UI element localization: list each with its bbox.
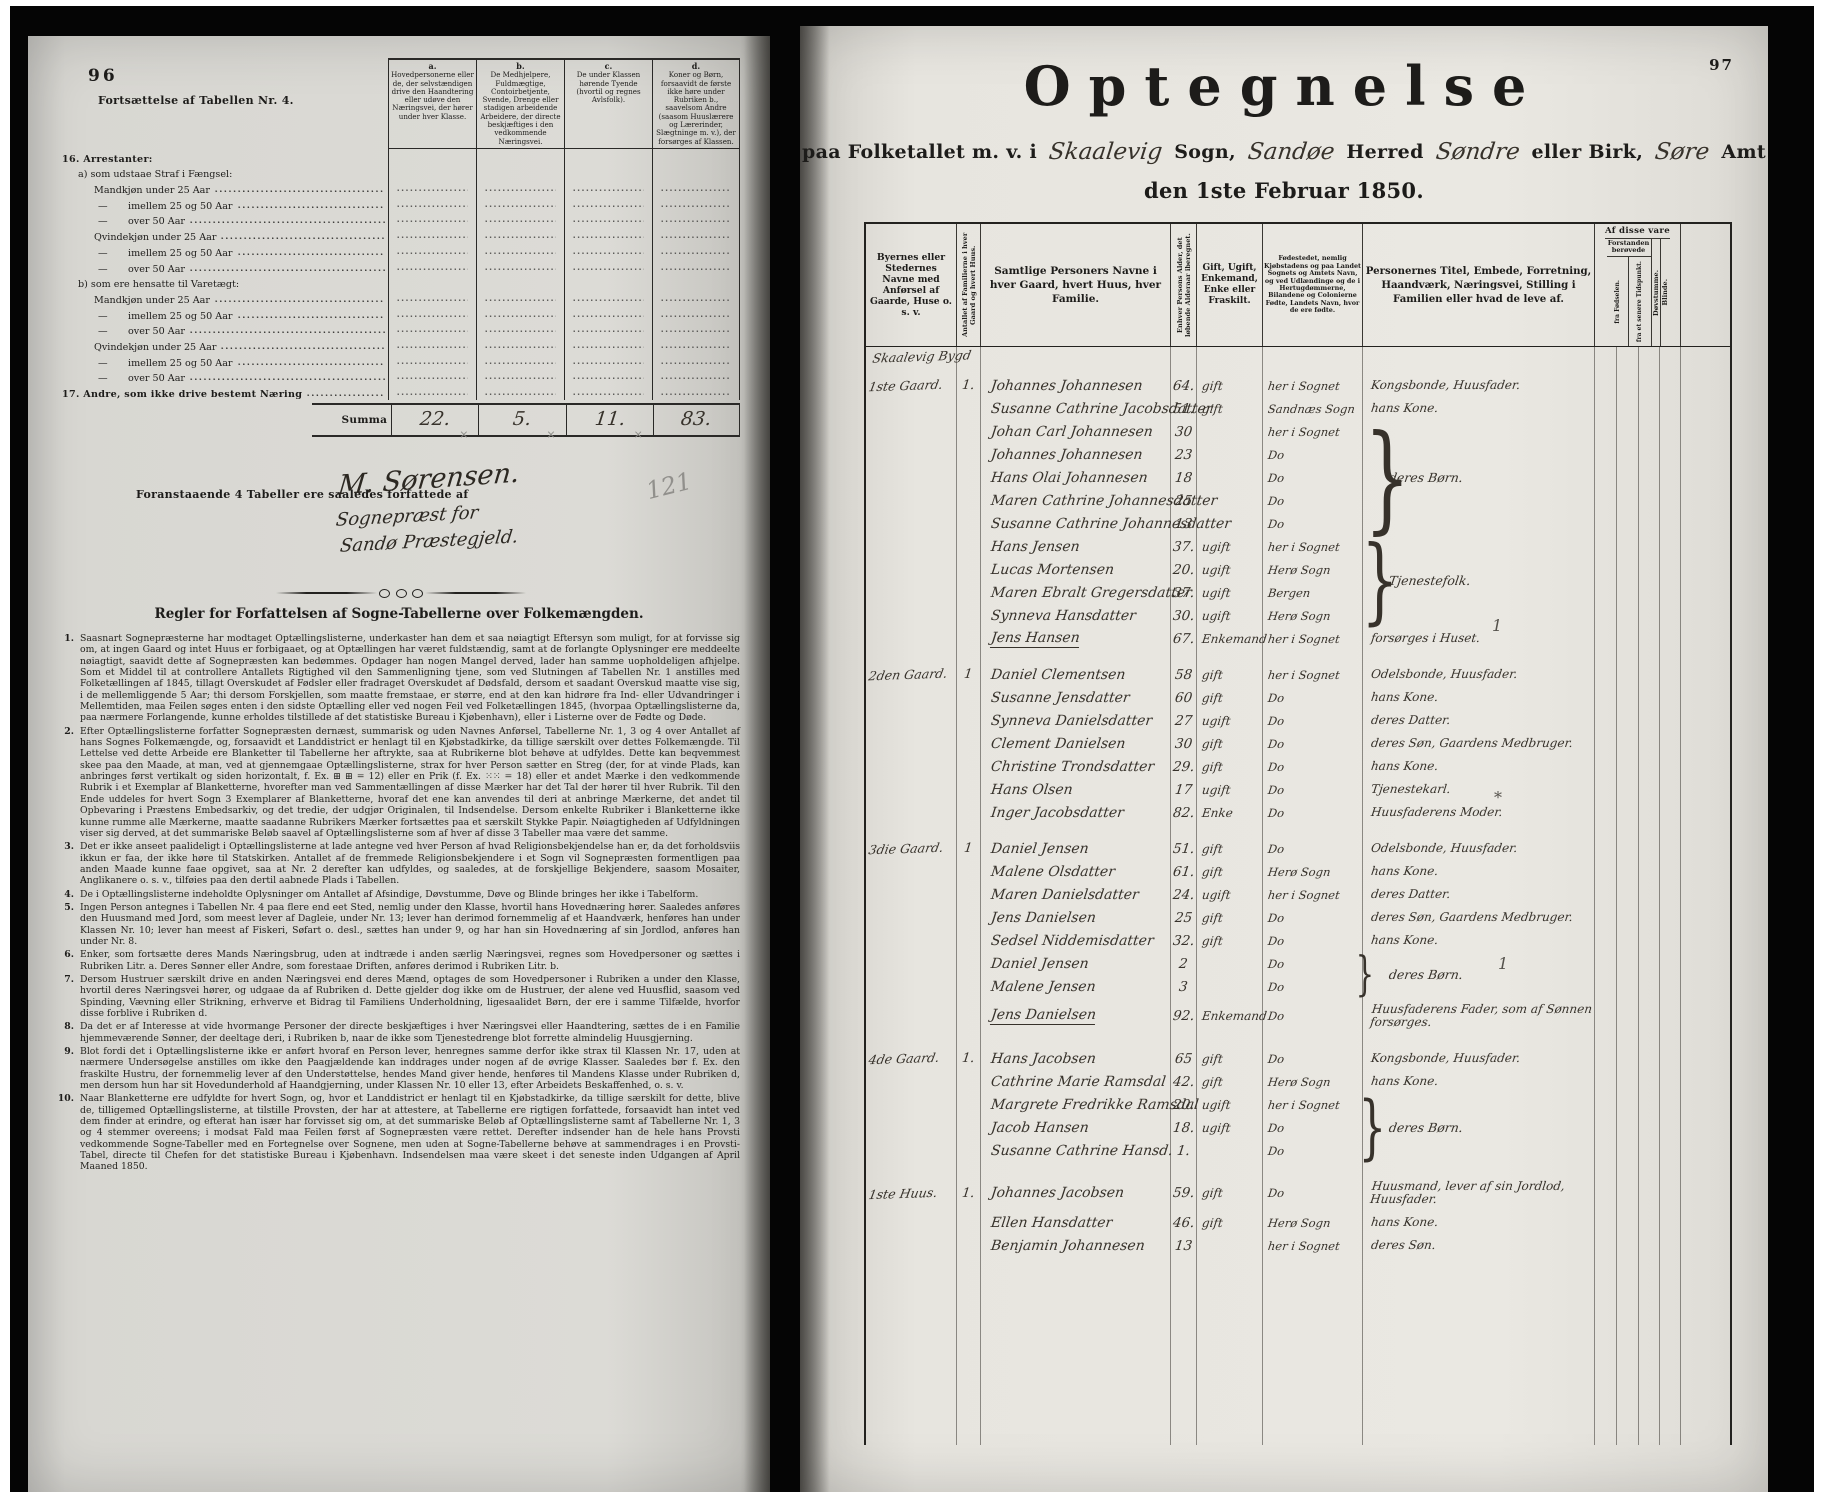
status-cell: gift [1196, 397, 1262, 420]
census-row: Hans Olsen17ugiftDoTjenestekarl. [864, 778, 1732, 801]
mark-cell [1594, 1116, 1616, 1139]
occupation-cell: deres Søn. [1362, 1234, 1594, 1257]
header-deaf-mute: Døvstumme. [1652, 239, 1660, 346]
mark-cell [1616, 1070, 1638, 1093]
birthplace: her i Sognet [1267, 668, 1340, 682]
age-cell: 13 [1170, 512, 1196, 535]
form-cell [388, 290, 476, 306]
mark-cell [1616, 1270, 1638, 1445]
person-age: 37. [1172, 539, 1195, 555]
place-cell [864, 466, 956, 489]
birthplace: Do [1267, 471, 1285, 485]
birthplace-cell [1262, 650, 1362, 663]
birthplace: Do [1267, 737, 1285, 751]
dash: — [98, 248, 128, 259]
form-cell [564, 322, 652, 338]
occupation-cell [1362, 558, 1594, 581]
place-cell: 1ste Huus. [864, 1175, 956, 1211]
signature-title-line1: Sognepræst for [335, 502, 480, 531]
rule-item: 2.Efter Optællingslisterne forfatter Sog… [56, 726, 740, 839]
mark-cell [1616, 663, 1638, 686]
column-header-text: Koner og Børn, forsaavidt de første ikke… [655, 71, 737, 146]
form-row: —imellem 25 og 50 Aar [98, 196, 740, 212]
mark-cell [1594, 443, 1616, 466]
census-row: Maren Ebralt Gregersdatter37.ugiftBergen [864, 581, 1732, 604]
name-cell [980, 1270, 1170, 1445]
pencil-check-mark: × [459, 428, 468, 441]
mark-cell [1659, 1034, 1680, 1047]
status-cell: ugift [1196, 1093, 1262, 1116]
name-cell: Hans Jacobsen [980, 1047, 1170, 1070]
form-row-cells [388, 243, 740, 259]
age-cell: 92. [1170, 998, 1196, 1034]
person-name: Maren Danielsdatter [990, 887, 1140, 903]
occupation-cell: deres Søn, Gaardens Medbruger. [1362, 732, 1594, 755]
column-header-text: De under Klassen hørende Tyende (hvortil… [567, 71, 650, 104]
birthplace: Do [1267, 980, 1285, 994]
form-cell [476, 275, 564, 291]
census-row: Sedsel Niddemisdatter32.giftDohans Kone. [864, 929, 1732, 952]
end-cell [1680, 489, 1732, 512]
end-cell [1680, 512, 1732, 535]
marital-status: ugift [1201, 888, 1231, 902]
age-cell: 30 [1170, 732, 1196, 755]
dotted-leader [221, 237, 385, 240]
subtitle-printed: Sogn, [1174, 141, 1236, 163]
mark-cell [1616, 489, 1638, 512]
end-cell [1680, 824, 1732, 837]
mark-cell [1659, 420, 1680, 443]
mark-cell [1594, 650, 1616, 663]
family-count: 1 [963, 667, 973, 682]
mark-cell [1594, 347, 1616, 374]
occupation-cell: }Tjenestefolk. [1362, 535, 1594, 558]
form-cell [652, 290, 740, 306]
rule-number: 9. [56, 1046, 74, 1091]
mark-cell [1659, 801, 1680, 824]
person-name: Johannes Jacobsen [990, 1185, 1125, 1201]
birthplace: Herø Sogn [1267, 563, 1331, 577]
birthplace: her i Sognet [1267, 1098, 1340, 1112]
status-cell: gift [1196, 906, 1262, 929]
page-97: 97 Optegnelse paa Folketallet m. v. i Sk… [800, 26, 1768, 1492]
form-row: —over 50 Aar [98, 259, 740, 275]
census-table-body: Skaalevig Bygd1ste Gaard.1.Johannes Joha… [864, 347, 1732, 1445]
place-cell: 1ste Gaard. [864, 374, 956, 397]
person-age: 24. [1172, 887, 1195, 903]
status-cell [1196, 824, 1262, 837]
dotted-leader [307, 394, 385, 397]
birthplace-cell: Bergen [1262, 581, 1362, 604]
place-cell [864, 581, 956, 604]
occupation-cell [1362, 650, 1594, 663]
family-count-cell [956, 627, 980, 650]
birthplace: her i Sognet [1267, 379, 1340, 393]
mark-cell [1638, 824, 1659, 837]
marital-status: gift [1201, 737, 1224, 751]
pencil-margin-mark: * [1494, 788, 1502, 807]
form-cell [476, 196, 564, 212]
birthplace: her i Sognet [1267, 1239, 1340, 1253]
form-row-label: 16. Arrestanter: [62, 154, 153, 165]
name-cell: Susanne Jensdatter [980, 686, 1170, 709]
mark-cell [1659, 663, 1680, 686]
mark-cell [1638, 755, 1659, 778]
end-cell [1680, 929, 1732, 952]
form-row-label: a) som udstaae Straf i Fængsel: [78, 169, 232, 180]
mark-cell [1616, 1234, 1638, 1257]
header-age: Enhver Persons Alder, det løbende Aldera… [1170, 224, 1196, 346]
form-cell [652, 384, 740, 400]
name-cell: Hans Olai Johannesen [980, 466, 1170, 489]
mark-cell [1594, 1257, 1616, 1270]
end-cell [1680, 420, 1732, 443]
form-cell [388, 384, 476, 400]
mark-cell [1659, 1234, 1680, 1257]
occupation-cell [1362, 443, 1594, 466]
marital-status: gift [1201, 865, 1224, 879]
header-status: Gift, Ugift, Enkemand, Enke eller Fraski… [1196, 224, 1262, 346]
mark-cell [1638, 512, 1659, 535]
rule-text: Da det er af Interesse at vide hvormange… [80, 1021, 740, 1044]
mark-cell [1616, 1175, 1638, 1211]
header-insane-label: Forstanden berøvede [1607, 239, 1651, 257]
header-from-later: fra et senere Tidspunkt. [1628, 257, 1651, 346]
end-cell [1680, 535, 1732, 558]
dotted-leader [238, 363, 385, 366]
birthplace: Do [1267, 448, 1285, 462]
form-cell [564, 337, 652, 353]
family-count: 1. [961, 1051, 975, 1066]
family-count-cell [956, 975, 980, 998]
form-cell [564, 369, 652, 385]
mark-cell [1638, 604, 1659, 627]
family-count-cell [956, 1270, 980, 1445]
person-age: 51. [1172, 841, 1195, 857]
birthplace-cell: Do [1262, 512, 1362, 535]
form-row: 16. Arrestanter: [62, 149, 740, 165]
farm-label: 1ste Huus. [867, 1184, 938, 1201]
form-row-label: Mandkjøn under 25 Aar [94, 185, 210, 196]
birthplace-cell: Do [1262, 755, 1362, 778]
end-cell [1680, 1070, 1732, 1093]
marital-status: gift [1201, 1216, 1224, 1230]
mark-cell [1659, 975, 1680, 998]
end-cell [1680, 732, 1732, 755]
age-cell: 46. [1170, 1211, 1196, 1234]
marital-status: ugift [1201, 1098, 1231, 1112]
ornament-loops [379, 589, 423, 598]
age-cell: 18. [1170, 1116, 1196, 1139]
family-count-cell [956, 998, 980, 1034]
occupation-text: hans Kone. [1370, 402, 1439, 415]
section-label-cell: Skaalevig Bygd [864, 347, 956, 374]
form-cell [652, 227, 740, 243]
occupation-cell: Kongsbonde, Huusfader. [1362, 1047, 1594, 1070]
end-cell [1680, 906, 1732, 929]
form-cell [652, 322, 740, 338]
birthplace-cell: her i Sognet [1262, 1234, 1362, 1257]
marital-status: ugift [1201, 1121, 1231, 1135]
summa-cell-c: 11.× [566, 405, 653, 435]
marital-status: ugift [1201, 563, 1231, 577]
age-cell: 67. [1170, 627, 1196, 650]
family-count-cell [956, 929, 980, 952]
header-of-these-were: Af disse vare [1605, 224, 1670, 239]
mark-cell [1659, 755, 1680, 778]
occupation-cell: hans Kone. [1362, 755, 1594, 778]
form-cell [476, 212, 564, 228]
place-cell: 3die Gaard. [864, 837, 956, 860]
age-cell [1170, 824, 1196, 837]
occupation-cell [1362, 824, 1594, 837]
occupation-cell: hans Kone. [1362, 860, 1594, 883]
mark-cell [1594, 1034, 1616, 1047]
end-cell [1680, 837, 1732, 860]
mark-cell [1638, 627, 1659, 650]
person-age: 20. [1172, 562, 1195, 578]
marital-status: gift [1201, 668, 1224, 682]
form-cell [476, 180, 564, 196]
marital-status: gift [1201, 1186, 1224, 1200]
occupation-cell: Kongsbonde, Huusfader. [1362, 374, 1594, 397]
occupation-cell [1362, 1139, 1594, 1162]
person-age: 65 [1174, 1051, 1193, 1067]
name-cell: Ellen Hansdatter [980, 1211, 1170, 1234]
mark-cell [1638, 347, 1659, 374]
census-row: Hans Jensen37.ugifther i Sognet}Tjeneste… [864, 535, 1732, 558]
person-name: Malene Jensen [990, 979, 1097, 995]
mark-cell [1638, 558, 1659, 581]
age-cell: 13 [1170, 1234, 1196, 1257]
birthplace: Do [1267, 1121, 1285, 1135]
person-age: 46. [1172, 1215, 1195, 1231]
mark-cell [1659, 347, 1680, 374]
birthplace: Do [1267, 494, 1285, 508]
occupation-text: Huusfaderens Fader, som af Sønnen forsør… [1369, 1003, 1595, 1029]
mark-cell [1659, 1175, 1680, 1211]
form-cell [476, 227, 564, 243]
age-cell: 20. [1170, 1093, 1196, 1116]
family-count: 1. [961, 378, 975, 393]
farm-label: 4de Gaard. [867, 1050, 940, 1067]
birthplace: Do [1267, 806, 1285, 820]
birthplace-cell: Do [1262, 906, 1362, 929]
rule-text: Dersom Hustruer særskilt drive en anden … [80, 974, 740, 1019]
form-row-cells [388, 384, 740, 400]
mark-cell [1594, 1162, 1616, 1175]
column-letter: a. [391, 62, 474, 70]
handwritten-district: Sandøe [1246, 139, 1336, 165]
occupation-cell [1362, 1257, 1594, 1270]
person-name: Cathrine Marie Ramsdal [990, 1074, 1167, 1090]
mark-cell [1594, 627, 1616, 650]
age-cell [1170, 650, 1196, 663]
mark-cell [1616, 535, 1638, 558]
status-cell [1196, 466, 1262, 489]
statistics-table-rows: 16. Arrestanter:a) som udstaae Straf i F… [62, 149, 740, 400]
form-cell [476, 322, 564, 338]
dotted-leader [190, 221, 385, 224]
status-cell [1196, 489, 1262, 512]
census-row: Christine Trondsdatter29.giftDohans Kone… [864, 755, 1732, 778]
name-cell [980, 824, 1170, 837]
dash: — [98, 311, 128, 322]
mark-cell [1594, 397, 1616, 420]
age-cell: 64. [1170, 374, 1196, 397]
birthplace: Do [1267, 1144, 1285, 1158]
handwritten-parish: Skaalevig [1047, 139, 1163, 165]
form-row-cells [388, 259, 740, 275]
place-cell [864, 883, 956, 906]
mark-cell [1616, 1116, 1638, 1139]
person-name: Malene Olsdatter [990, 864, 1116, 880]
age-cell: 3 [1170, 975, 1196, 998]
end-cell [1680, 1257, 1732, 1270]
ornament-divider [276, 588, 526, 598]
mark-cell [1616, 883, 1638, 906]
form-cell [476, 306, 564, 322]
person-name: Hans Jensen [990, 539, 1081, 555]
person-age: 64. [1172, 378, 1195, 394]
occupation-cell: deres Datter. [1362, 883, 1594, 906]
name-cell: Daniel Jensen [980, 837, 1170, 860]
age-cell: 17 [1170, 778, 1196, 801]
census-row: Johan Carl Johannesen30her i Sognet}dere… [864, 420, 1732, 443]
form-cell [564, 259, 652, 275]
header-disabilities-columns: Forstanden berøvede fra Fødselen. fra et… [1607, 239, 1669, 346]
end-cell [1680, 1139, 1732, 1162]
form-row: b) som ere hensatte til Varetægt: [78, 275, 740, 291]
form-cell [652, 180, 740, 196]
form-cell [652, 369, 740, 385]
place-cell [864, 801, 956, 824]
mark-cell [1638, 1070, 1659, 1093]
status-cell [1196, 512, 1262, 535]
age-cell: 27 [1170, 709, 1196, 732]
birthplace: Herø Sogn [1267, 609, 1331, 623]
census-row: Jens Danielsen25giftDoderes Søn, Gaarden… [864, 906, 1732, 929]
person-age: 51. [1172, 401, 1195, 417]
status-cell: ugift [1196, 1116, 1262, 1139]
header-occupation: Personernes Titel, Embede, Forretning, H… [1362, 224, 1594, 346]
end-cell [1680, 1116, 1732, 1139]
family-count: 1. [961, 1186, 975, 1201]
birthplace: Do [1267, 911, 1285, 925]
rules-list: 1.Saasnart Sognepræsterne har modtaget O… [56, 633, 740, 1175]
name-cell: Maren Cathrine Johannesdatter [980, 489, 1170, 512]
age-cell: 58 [1170, 663, 1196, 686]
marital-status: gift [1201, 402, 1224, 416]
form-cell [652, 259, 740, 275]
birthplace-cell: Sandnæs Sogn [1262, 397, 1362, 420]
form-row: —imellem 25 og 50 Aar [98, 243, 740, 259]
person-name: Ellen Hansdatter [990, 1215, 1113, 1231]
birthplace-cell: Do [1262, 443, 1362, 466]
mark-cell [1594, 420, 1616, 443]
name-cell: Susanne Cathrine Jacobsdatter [980, 397, 1170, 420]
name-cell [980, 650, 1170, 663]
form-row: Qvindekjøn under 25 Aar [94, 337, 740, 353]
header-insane-group: Forstanden berøvede fra Fødselen. fra et… [1607, 239, 1652, 346]
family-count-cell [956, 466, 980, 489]
mark-cell [1616, 512, 1638, 535]
ornament-line [276, 592, 377, 594]
summa-cell-b: 5.× [478, 405, 565, 435]
mark-cell [1638, 650, 1659, 663]
birthplace-cell: Do [1262, 466, 1362, 489]
status-cell: gift [1196, 1070, 1262, 1093]
mark-cell [1638, 374, 1659, 397]
form-cell [388, 165, 476, 181]
marital-status: gift [1201, 934, 1224, 948]
name-cell [980, 1257, 1170, 1270]
mark-cell [1594, 1139, 1616, 1162]
rule-number: 1. [56, 633, 74, 724]
header-disabilities-group: Af disse vare Forstanden berøvede fra Fø… [1594, 224, 1680, 346]
form-row-cells [388, 227, 740, 243]
occupation-cell: Huusmand, lever af sin Jordlod, Huusfade… [1362, 1175, 1594, 1211]
mark-cell [1659, 604, 1680, 627]
age-cell: 32. [1170, 929, 1196, 952]
dash: — [98, 216, 128, 227]
census-row: Susanne Cathrine Johannesdatter13Do [864, 512, 1732, 535]
name-cell: Maren Ebralt Gregersdatter [980, 581, 1170, 604]
occupation-cell [1362, 1034, 1594, 1047]
family-count: 1 [963, 841, 973, 856]
marital-status: gift [1201, 1052, 1224, 1066]
form-cell [652, 353, 740, 369]
form-cell [564, 227, 652, 243]
end-cell [1680, 581, 1732, 604]
person-name: Susanne Jensdatter [990, 690, 1131, 706]
subtitle-printed: paa Folketallet m. v. i [802, 141, 1037, 163]
end-cell [1680, 1175, 1732, 1211]
pencil-margin-note: 121 [643, 467, 694, 505]
place-cell [864, 824, 956, 837]
form-cell [652, 165, 740, 181]
person-name: Sedsel Niddemisdatter [990, 933, 1155, 949]
mark-cell [1638, 906, 1659, 929]
form-cell [564, 290, 652, 306]
form-row: Qvindekjøn under 25 Aar [94, 227, 740, 243]
form-cell [564, 306, 652, 322]
dotted-leader [221, 347, 385, 350]
farm-label: 2den Gaard. [867, 666, 948, 684]
mark-cell [1616, 801, 1638, 824]
mark-cell [1659, 1070, 1680, 1093]
end-cell [1680, 1162, 1732, 1175]
status-cell: gift [1196, 1211, 1262, 1234]
name-cell: Jens Danielsen [980, 998, 1170, 1034]
mark-cell [1616, 558, 1638, 581]
mark-cell [1638, 663, 1659, 686]
census-row: Susanne Cathrine Hansd.1.Do [864, 1139, 1732, 1162]
mark-cell [1594, 1211, 1616, 1234]
person-name: Johannes Johannesen [990, 447, 1144, 463]
form-row-cells [388, 322, 740, 338]
census-row: 2den Gaard.1Daniel Clementsen58gifther i… [864, 663, 1732, 686]
summa-cell-a: 22.× [391, 405, 478, 435]
birthplace: Do [1267, 842, 1285, 856]
form-cell [564, 196, 652, 212]
census-row: Susanne Cathrine Jacobsdatter51.giftSand… [864, 397, 1732, 420]
place-cell [864, 535, 956, 558]
dotted-leader [190, 378, 385, 381]
age-cell [1170, 1257, 1196, 1270]
subtitle-printed: Herred [1346, 141, 1423, 163]
marital-status: Enkemand [1201, 632, 1268, 646]
